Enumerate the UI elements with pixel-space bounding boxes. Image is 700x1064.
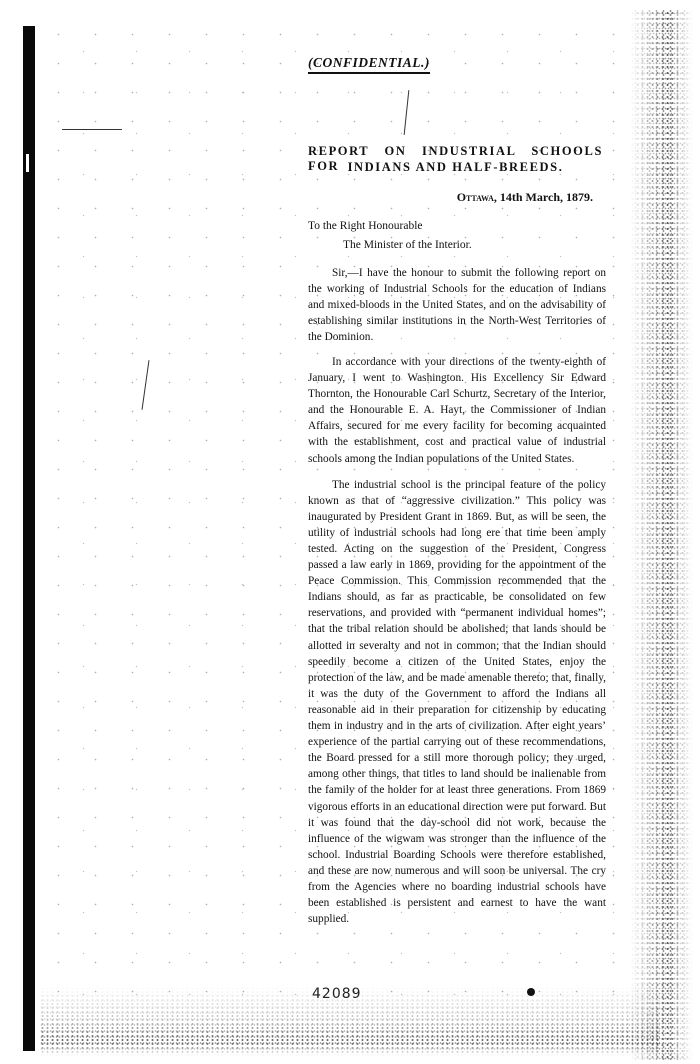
paragraph: Sir,—I have the honour to submit the fol…: [308, 265, 606, 345]
report-title-line-2: INDIANS AND HALF-BREEDS.: [308, 160, 603, 175]
handwritten-archive-number: 42089: [312, 986, 362, 1002]
binding-edge: [23, 26, 35, 1051]
salutation-line-1: To the Right Honourable: [308, 220, 423, 232]
stray-mark: [62, 129, 122, 130]
torn-right-edge: [630, 10, 700, 1060]
ink-blot: [527, 988, 535, 996]
paragraph: The industrial school is the principal f…: [308, 477, 606, 928]
salutation-line-2: The Minister of the Interior.: [343, 239, 472, 251]
dateline-place: Ottawa,: [457, 190, 497, 204]
report-body: Sir,—I have the honour to submit the fol…: [308, 265, 606, 933]
stray-mark: [142, 360, 150, 410]
stray-mark: [404, 90, 410, 135]
dateline: Ottawa, 14th March, 1879.: [400, 190, 593, 205]
paragraph: In accordance with your directions of th…: [308, 354, 606, 467]
dateline-date: 14th March, 1879.: [500, 190, 593, 204]
scanned-document-page: (CONFIDENTIAL.) REPORT ON INDUSTRIAL SCH…: [0, 0, 700, 1064]
confidential-mark: (CONFIDENTIAL.): [308, 55, 430, 74]
